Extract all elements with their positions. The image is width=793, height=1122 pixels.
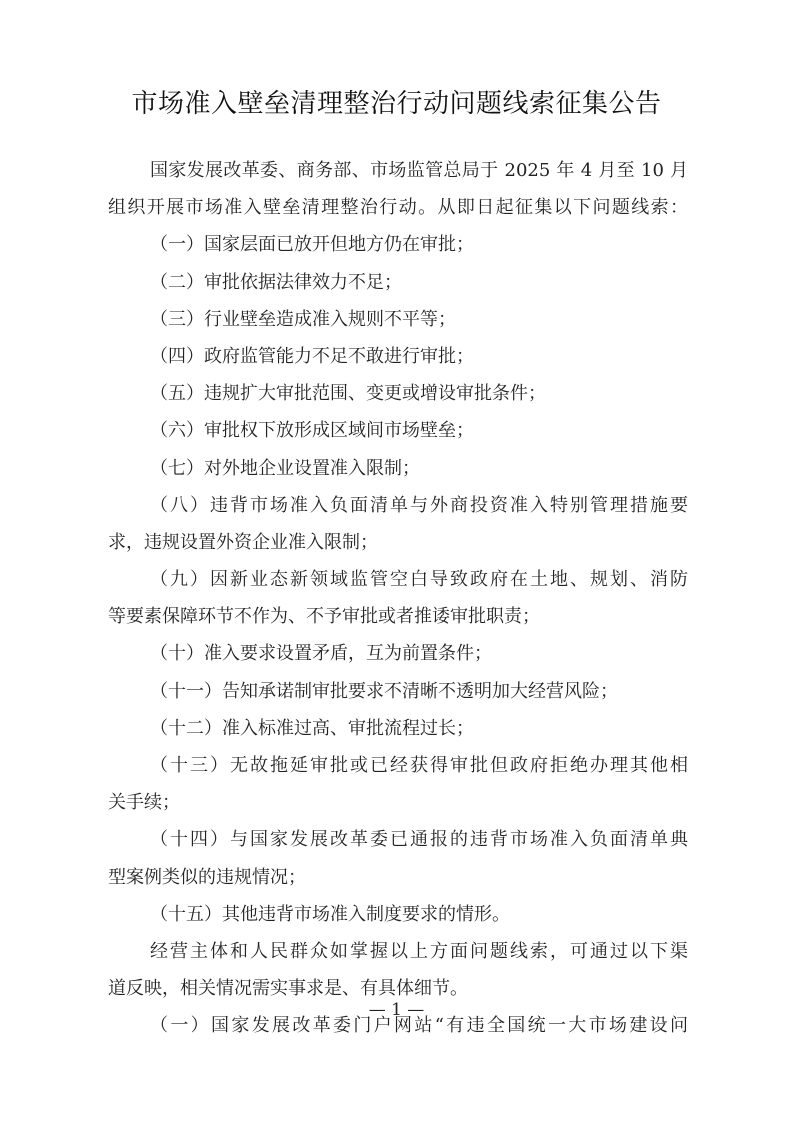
intro-paragraph-line-1: 国家发展改革委、商务部、市场监管总局于 2025 年 4 月至 10 月 [108, 152, 688, 189]
page-number: — 1 — [0, 995, 793, 1025]
clue-item-9-line-1: （九）因新业态新领域监管空白导致政府在土地、规划、消防 [108, 561, 688, 598]
intro-paragraph-line-2: 组织开展市场准入壁垒清理整治行动。从即日起征集以下问题线索： [108, 189, 688, 226]
clue-item-8-line-1: （八）违背市场准入负面清单与外商投资准入特别管理措施要 [108, 487, 688, 524]
document-title: 市场准入壁垒清理整治行动问题线索征集公告 [0, 84, 793, 124]
clue-item-8-line-2: 求，违规设置外资企业准入限制； [108, 524, 688, 561]
clue-item-11: （十一）告知承诺制审批要求不清晰不透明加大经营风险； [108, 673, 688, 710]
clue-item-15: （十五）其他违背市场准入制度要求的情形。 [108, 896, 688, 933]
clue-item-2: （二）审批依据法律效力不足； [108, 264, 688, 301]
clue-item-12: （十二）准入标准过高、审批流程过长； [108, 710, 688, 747]
clue-item-13-line-2: 关手续； [108, 784, 688, 821]
clue-item-3: （三）行业壁垒造成准入规则不平等； [108, 301, 688, 338]
clue-item-7: （七）对外地企业设置准入限制； [108, 450, 688, 487]
clue-item-14-line-2: 型案例类似的违规情况； [108, 859, 688, 896]
document-page: 市场准入壁垒清理整治行动问题线索征集公告 国家发展改革委、商务部、市场监管总局于… [0, 0, 793, 1122]
clue-item-9-line-2: 等要素保障环节不作为、不予审批或者推诿审批职责； [108, 598, 688, 635]
document-body: 国家发展改革委、商务部、市场监管总局于 2025 年 4 月至 10 月 组织开… [108, 152, 688, 1045]
channels-paragraph-line-1: 经营主体和人民群众如掌握以上方面问题线索，可通过以下渠 [108, 933, 688, 970]
clue-item-1: （一）国家层面已放开但地方仍在审批； [108, 226, 688, 263]
clue-item-5: （五）违规扩大审批范围、变更或增设审批条件； [108, 375, 688, 412]
clue-item-4: （四）政府监管能力不足不敢进行审批； [108, 338, 688, 375]
clue-item-14-line-1: （十四）与国家发展改革委已通报的违背市场准入负面清单典 [108, 821, 688, 858]
clue-item-10: （十）准入要求设置矛盾，互为前置条件； [108, 635, 688, 672]
clue-item-6: （六）审批权下放形成区域间市场壁垒； [108, 412, 688, 449]
clue-item-13-line-1: （十三）无故拖延审批或已经获得审批但政府拒绝办理其他相 [108, 747, 688, 784]
